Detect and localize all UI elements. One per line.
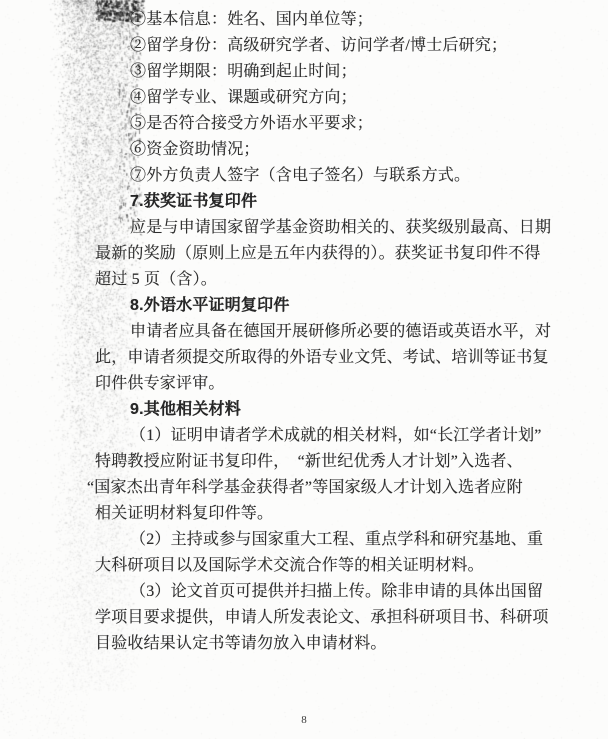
text-line: ②留学身份：高级研究学者、访问学者/博士后研究； [95,33,555,59]
text-line: （2）主持或参与国家重大工程、重点学科和研究基地、重 [95,527,555,553]
text-line: ⑤是否符合接受方外语水平要求； [95,111,555,137]
document-body: ①基本信息：姓名、国内单位等；②留学身份：高级研究学者、访问学者/博士后研究；③… [95,7,555,657]
scanned-document-page: ①基本信息：姓名、国内单位等；②留学身份：高级研究学者、访问学者/博士后研究；③… [0,0,608,739]
text-line: （1）证明申请者学术成就的相关材料，如“长江学者计划” [95,423,555,449]
text-line: 特聘教授应附证书复印件， “新世纪优秀人才计划”入选者、 [95,449,555,475]
page-number: 8 [0,714,608,726]
text-line: （3）论文首页可提供并扫描上传。除非申请的具体出国留 [95,579,555,605]
text-line: 应是与申请国家留学基金资助相关的、获奖级别最高、日期 [95,215,555,241]
text-line: 学项目要求提供，申请人所发表论文、承担科研项目书、科研项 [95,605,555,631]
text-line: 目验收结果认定书等请勿放入申请材料。 [95,631,555,657]
text-line: ④留学专业、课题或研究方向； [95,85,555,111]
text-line: 相关证明材料复印件等。 [95,501,555,527]
section-heading: 9.其他相关材料 [95,397,555,423]
text-line: 最新的奖励（原则上应是五年内获得的）。获奖证书复印件不得 [95,241,555,267]
text-line: ⑥资金资助情况； [95,137,555,163]
text-line: 超过 5 页（含）。 [95,267,555,293]
text-line: ⑦外方负责人签字（含电子签名）与联系方式。 [95,163,555,189]
text-line: “国家杰出青年科学基金获得者”等国家级人才计划入选者应附 [87,475,555,501]
text-line: ③留学期限：明确到起止时间； [95,59,555,85]
text-line: 申请者应具备在德国开展研修所必要的德语或英语水平，对 [95,319,555,345]
text-line: 大科研项目以及国际学术交流合作等的相关证明材料。 [95,553,555,579]
section-heading: 8.外语水平证明复印件 [95,293,555,319]
section-heading: 7.获奖证书复印件 [95,189,555,215]
text-line: 印件供专家评审。 [95,371,555,397]
text-line: ①基本信息：姓名、国内单位等； [95,7,555,33]
text-line: 此，申请者须提交所取得的外语专业文凭、考试、培训等证书复 [95,345,555,371]
